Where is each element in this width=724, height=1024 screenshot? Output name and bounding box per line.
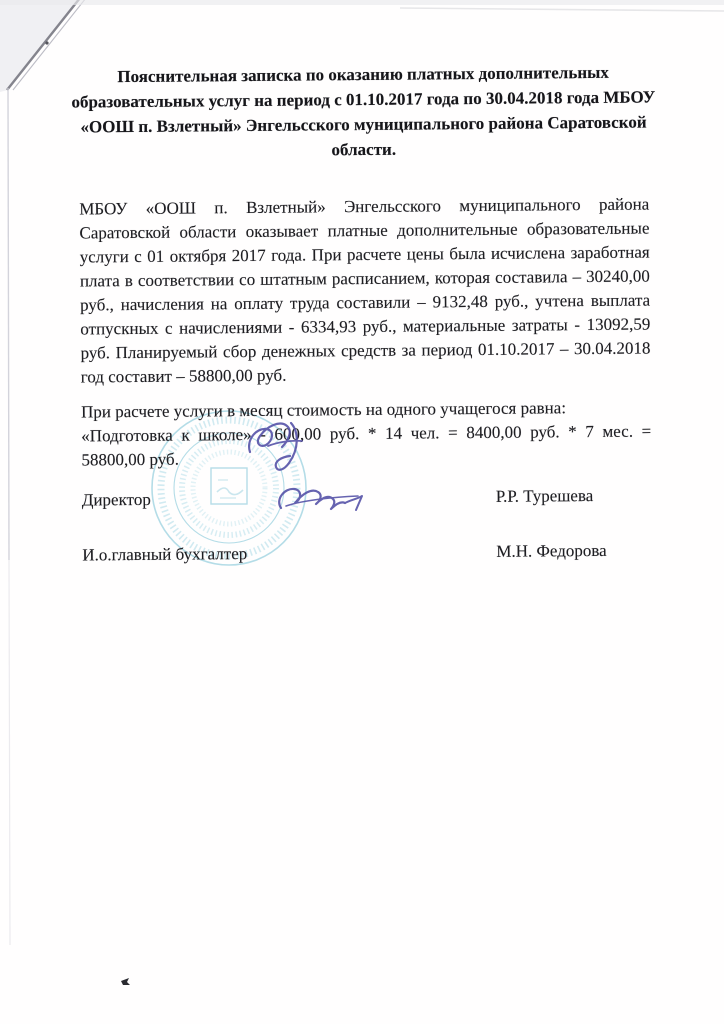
document-body: Пояснительная записка по оказанию платны…: [78, 60, 652, 568]
signature-row-accountant: И.о.главный бухгалтер М.Н. Федорова: [82, 538, 652, 567]
cost-formula-line: «Подготовка к школе» - 600,00 руб. * 14 …: [81, 419, 651, 472]
page-left-edge-line: [8, 88, 9, 560]
dust-speck: [45, 41, 48, 44]
director-name: Р.Р. Турешева: [496, 484, 594, 509]
cost-calculation-block: При расчете услуги в месяц стоимость на …: [81, 396, 652, 473]
top-edge-scan-line: [400, 8, 724, 11]
ink-speck: [121, 978, 130, 985]
director-title: Директор: [82, 490, 151, 510]
top-edge-shadow: [0, 0, 724, 5]
document-title: Пояснительная записка по оказанию платны…: [61, 59, 666, 164]
accountant-name: М.Н. Федорова: [496, 539, 607, 564]
page-left-edge-line-faded: [9, 560, 10, 945]
signature-row-director: Директор Р.Р. Турешева: [82, 483, 652, 512]
accountant-title: И.о.главный бухгалтер: [82, 544, 247, 564]
scanned-document-page: Пояснительная записка по оказанию платны…: [0, 0, 724, 1024]
explanatory-paragraph: МБОУ «ООШ п. Взлетный» Энгельсского муни…: [79, 193, 651, 390]
